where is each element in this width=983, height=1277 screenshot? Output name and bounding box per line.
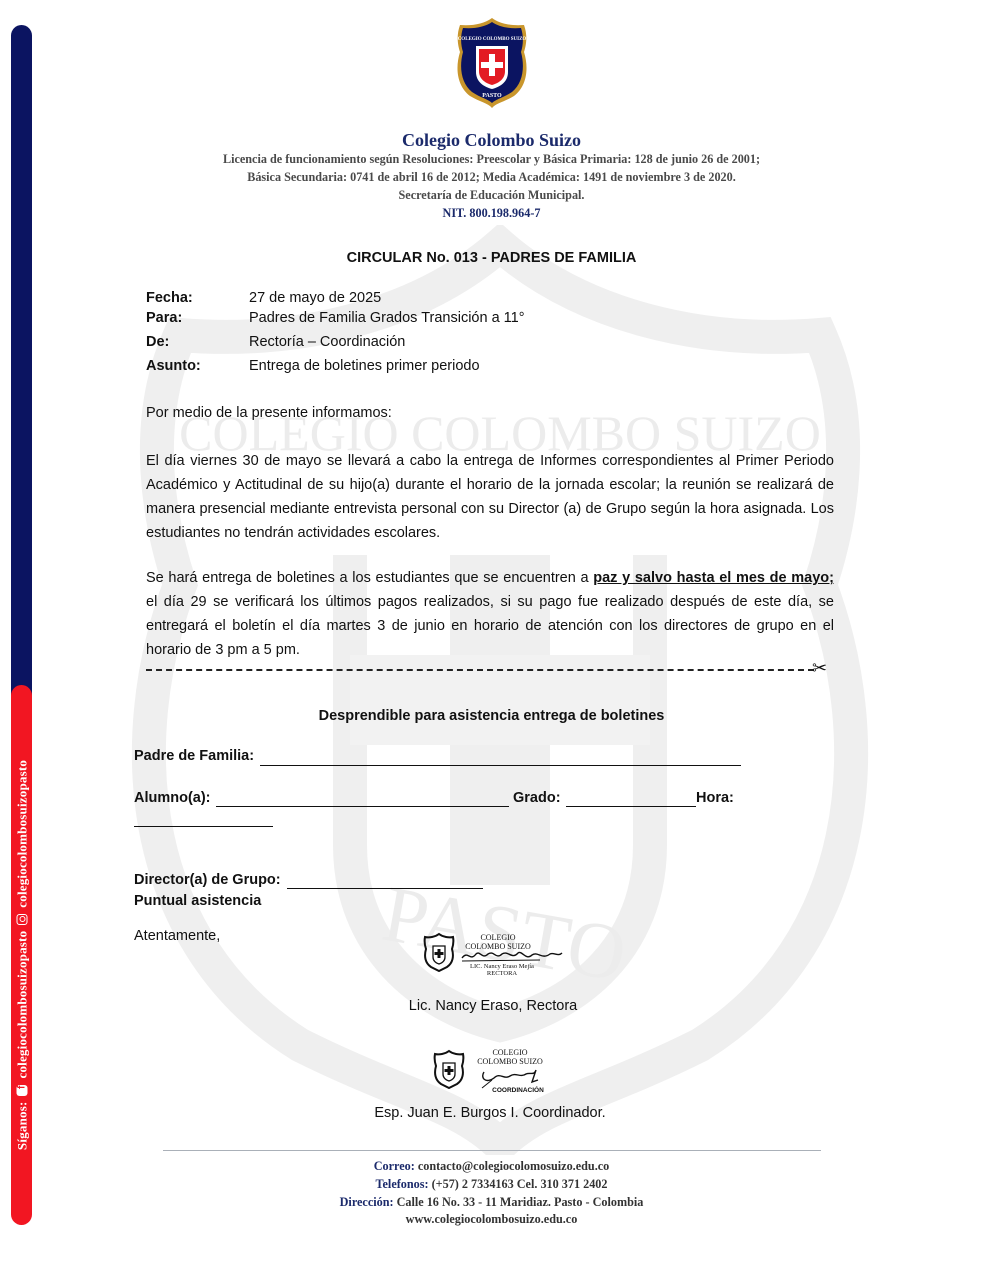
footer-phone-label: Telefonos: [376, 1177, 429, 1191]
rector-stamp-crest-icon [423, 932, 455, 972]
footer-address: Dirección: Calle 16 No. 33 - 11 Maridiaz… [0, 1195, 983, 1210]
circular-title: CIRCULAR No. 013 - PADRES DE FAMILIA [0, 250, 983, 266]
crest-bottom-text: PASTO [482, 93, 502, 99]
footer-email: Correo: contacto@colegiocolomosuizo.edu.… [0, 1159, 983, 1174]
parent-label: Padre de Familia: [134, 748, 254, 764]
facebook-icon[interactable]: f [16, 1085, 27, 1096]
stamp-line: LIC. Nancy Eraso Mejía [462, 963, 542, 970]
license-line-2: Básica Secundaria: 0741 de abril 16 de 2… [0, 170, 983, 185]
parent-name-field[interactable] [260, 765, 741, 766]
detachable-title: Desprendible para asistencia entrega de … [0, 708, 983, 724]
meta-label: De: [146, 334, 249, 350]
meta-value: Entrega de boletines primer periodo [249, 358, 480, 374]
follow-label: Síganos: [14, 1102, 30, 1151]
stamp-line: COLEGIO [470, 1048, 550, 1057]
meta-label: Para: [146, 310, 249, 326]
meta-de: De:Rectoría – Coordinación [146, 334, 405, 350]
meta-value: Rectoría – Coordinación [249, 334, 405, 350]
paragraph-delivery: El día viernes 30 de mayo se llevará a c… [146, 449, 834, 545]
school-name: Colegio Colombo Suizo [0, 130, 983, 151]
meta-value: Padres de Familia Grados Transición a 11… [249, 310, 525, 326]
closing-greeting: Atentamente, [134, 928, 220, 944]
paragraph-payment: Se hará entrega de boletines a los estud… [146, 566, 834, 662]
facebook-handle[interactable]: colegiocolombosuizopasto [14, 931, 30, 1079]
footer-phone: Telefonos: (+57) 2 7334163 Cel. 310 371 … [0, 1177, 983, 1192]
rector-stamp-subtext: LIC. Nancy Eraso Mejía RECTORA [462, 963, 542, 977]
student-label: Alumno(a): [134, 790, 211, 806]
meta-fecha: Fecha:27 de mayo de 2025 [146, 290, 381, 306]
paragraph-payment-start: Se hará entrega de boletines a los estud… [146, 570, 593, 586]
footer-divider [163, 1150, 821, 1151]
stamp-line: RECTORA [462, 970, 542, 977]
footer-website[interactable]: www.colegiocolombosuizo.edu.co [0, 1212, 983, 1227]
rector-name: Lic. Nancy Eraso, Rectora [343, 998, 643, 1014]
meta-label: Fecha: [146, 290, 249, 306]
grade-field[interactable] [566, 806, 696, 807]
meta-label: Asunto: [146, 358, 249, 374]
punctual-note: Puntual asistencia [134, 893, 261, 909]
footer-address-label: Dirección: [340, 1195, 394, 1209]
footer-address-value: Calle 16 No. 33 - 11 Maridiaz. Pasto - C… [397, 1195, 644, 1209]
license-line-1: Licencia de funcionamiento según Resoluc… [0, 152, 983, 167]
scissors-icon: ✂ [812, 659, 827, 677]
director-label: Director(a) de Grupo: [134, 872, 281, 888]
instagram-handle[interactable]: colegiocolombosuizopasto [14, 760, 30, 908]
meta-asunto: Asunto:Entrega de boletines primer perio… [146, 358, 480, 374]
stamp-line: COLEGIO [458, 933, 538, 942]
student-name-field[interactable] [216, 806, 509, 807]
time-field[interactable] [134, 826, 273, 827]
paragraph-payment-end: el día 29 se verificará los últimos pago… [146, 594, 834, 658]
meta-para: Para:Padres de Familia Grados Transición… [146, 310, 525, 326]
school-crest-logo: COLEGIO COLOMBO SUIZO PASTO [454, 16, 530, 110]
coordinator-name: Esp. Juan E. Burgos I. Coordinador. [340, 1105, 640, 1121]
footer-email-label: Correo: [374, 1159, 415, 1173]
director-field[interactable] [287, 888, 483, 889]
license-line-3: Secretaría de Educación Municipal. [0, 188, 983, 203]
footer-email-value[interactable]: contacto@colegiocolomosuizo.edu.co [418, 1159, 609, 1173]
grade-label: Grado: [513, 790, 561, 806]
intro-text: Por medio de la presente informamos: [146, 401, 834, 425]
time-label: Hora: [696, 790, 734, 806]
cut-here-line [146, 669, 814, 671]
nit-number: NIT. 800.198.964-7 [0, 206, 983, 221]
coordinator-stamp-crest-icon [433, 1049, 465, 1089]
sidebar-navy-bar [11, 25, 32, 705]
crest-top-text: COLEGIO COLOMBO SUIZO [458, 37, 527, 42]
footer-phone-value: (+57) 2 7334163 Cel. 310 371 2402 [432, 1177, 608, 1191]
paragraph-payment-emphasis: paz y salvo hasta el mes de mayo; [593, 570, 834, 586]
coordinator-stamp-subtext: COORDINACIÓN [488, 1086, 548, 1095]
rector-signature [460, 948, 565, 964]
instagram-icon[interactable] [16, 914, 27, 925]
meta-value: 27 de mayo de 2025 [249, 290, 381, 306]
sidebar-social-text: Síganos: f colegiocolombosuizopasto cole… [11, 685, 32, 1225]
